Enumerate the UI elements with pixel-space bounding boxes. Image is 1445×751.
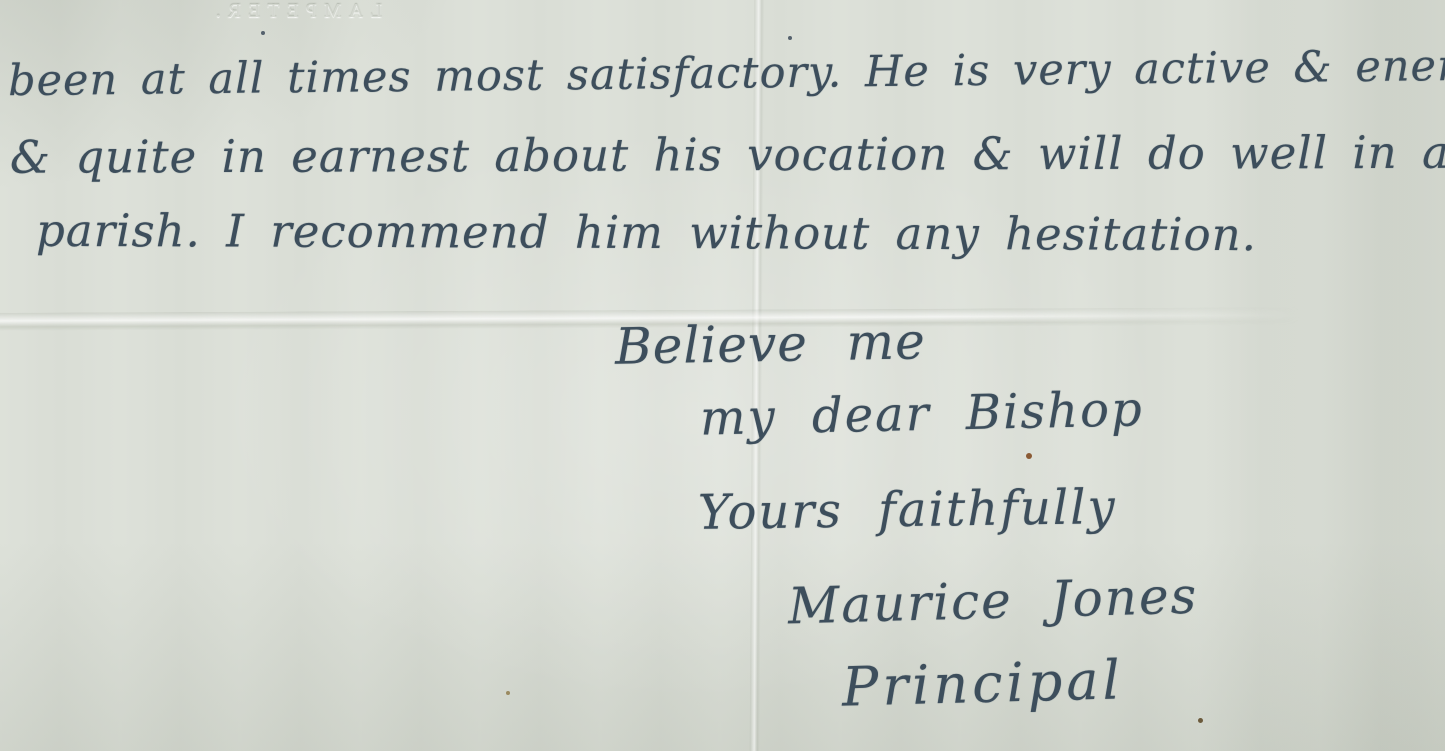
handwriting-body-line-1: been at all times most satisfactory. He …	[8, 40, 1445, 106]
letter-photograph: LAMPETER. been at all times most satisfa…	[0, 0, 1445, 751]
handwriting-body-line-3: parish. I recommend him without any hesi…	[36, 204, 1257, 261]
handwriting-body-line-2: & quite in earnest about his vocation & …	[10, 125, 1445, 184]
paper-texture	[0, 0, 1445, 751]
paper-shading-bottom	[0, 0, 1445, 751]
foxing-speck	[506, 691, 510, 695]
foxing-speck	[1026, 453, 1032, 459]
signature-title: Principal	[841, 648, 1124, 718]
closing-valediction: Yours faithfully	[698, 479, 1117, 541]
ink-speck	[788, 36, 792, 40]
foxing-speck	[1198, 718, 1203, 723]
closing-believe-me: Believe me	[615, 312, 927, 375]
signature-name: Maurice Jones	[787, 567, 1199, 636]
embossed-letterhead-lampeter: LAMPETER.	[158, 0, 433, 23]
paper-highlight-center	[0, 0, 1445, 751]
ink-speck	[261, 31, 265, 35]
vertical-fold-crease	[750, 0, 765, 751]
closing-salutation: my dear Bishop	[699, 381, 1144, 446]
paper-shading-top-left	[0, 0, 1445, 751]
paper-shading-right	[0, 0, 1445, 751]
